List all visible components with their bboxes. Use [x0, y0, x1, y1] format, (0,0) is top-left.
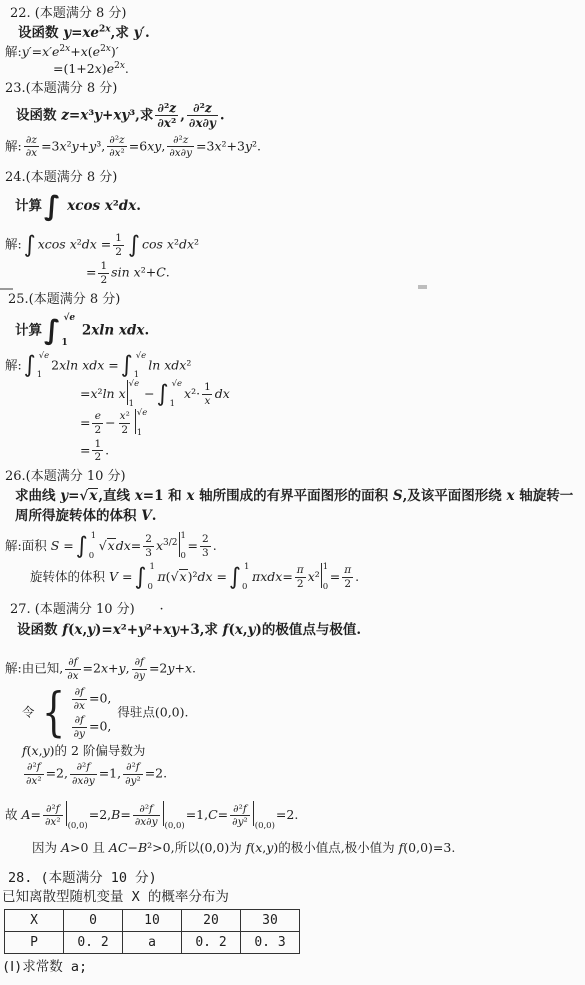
table-cell: 0. 2	[64, 931, 123, 953]
integral-sign: ∫	[24, 234, 36, 257]
solution-line: 解:∫√e12xln xdx =∫√e1ln xdx²	[5, 352, 585, 380]
denominator: ∂x∂y	[167, 146, 194, 160]
bar-limits: 10	[181, 532, 187, 561]
solution-line: =12.	[80, 438, 585, 464]
radicand: x	[179, 569, 188, 583]
table-cell: a	[123, 931, 182, 953]
problem-statement: 求曲线 y=√x,直线 x=1 和 x 轴所围成的有界平面图形的面积 S,及该平…	[15, 487, 585, 506]
solution-line: 解:∫xcos x²dx =12∫cos x²dx²	[5, 232, 585, 258]
integral-limits: 10	[242, 563, 250, 591]
fraction: 12	[113, 232, 124, 258]
solution-line: 令{∂f∂x=0,∂f∂y=0, 得驻点(0,0).	[22, 686, 585, 740]
denominator: 3	[200, 546, 211, 560]
fraction: x²2	[118, 410, 132, 436]
numerator: π	[342, 564, 353, 577]
solution-line: 故 A=∂²f∂x²(0,0)=2,B=∂²f∂x∂y(0,0)=1,C=∂²f…	[5, 801, 585, 830]
integral-sign: ∫10	[134, 563, 155, 591]
upper-limit: √e	[129, 380, 139, 389]
integral-glyph: ∫	[157, 383, 169, 406]
problem-statement: 设函数 z=x³y+xy³,求∂²z∂x²,∂²z∂x∂y.	[16, 101, 585, 131]
upper-limit: 1	[147, 563, 155, 572]
denominator: ∂y²	[230, 815, 250, 829]
solution-line: 旋转体的体积 V =∫10π(√x)²dx =∫10πxdx=π2x²10=π2…	[30, 563, 585, 592]
problem-statement: 设函数 f(x,y)=x²+y²+xy+3,求 f(x,y)的极值点与极值.	[17, 621, 585, 640]
denominator: 2	[113, 245, 124, 259]
denominator: 3	[143, 546, 154, 560]
integral-sign: ∫10	[229, 563, 250, 591]
denominator: ∂x²	[24, 774, 44, 788]
denominator: ∂x	[65, 669, 80, 683]
equation-system: {∂f∂x=0,∂f∂y=0,	[37, 686, 112, 740]
denominator: 2	[342, 577, 353, 591]
superscript: 2x	[114, 61, 125, 71]
bar-limits: √e1	[129, 380, 139, 409]
denominator: ∂x²	[43, 815, 63, 829]
fraction: ∂f∂x	[72, 686, 87, 712]
problem-25: 25.(本题满分 8 分)计算∫√e1 2xln xdx.解:∫√e12xln …	[0, 292, 585, 463]
problem-heading: 26.(本题满分 10 分)	[5, 469, 585, 485]
integral-limits: √e1	[37, 352, 49, 380]
evaluation-bar: √e1	[135, 409, 147, 438]
denominator: 2	[92, 423, 103, 437]
problem-heading: 23.(本题满分 8 分)	[5, 81, 585, 97]
integral-sign: ∫√e1	[44, 314, 75, 348]
lower-limit: 1	[37, 371, 49, 380]
numerator: 1	[98, 260, 109, 273]
table-cell: 0. 3	[241, 931, 300, 953]
integral-sign: ∫	[128, 234, 140, 257]
fraction: 12	[98, 260, 109, 286]
integral-glyph: ∫	[134, 566, 146, 589]
evaluation-bar: √e1	[127, 380, 139, 409]
numerator: ∂f	[66, 656, 79, 669]
numerator: ∂f	[73, 686, 86, 699]
numerator: 2	[200, 533, 211, 546]
fraction: 23	[200, 533, 211, 559]
denominator: ∂y	[72, 727, 87, 741]
upper-limit: √e	[170, 380, 182, 389]
problem-22: 22. (本题满分 8 分)设函数 y=xe2x,求 y′.解:y′=x′e2x…	[0, 6, 585, 78]
numerator: e	[93, 410, 103, 423]
denominator: ∂x²	[155, 115, 178, 130]
system-row: ∂f∂y=0,	[70, 714, 112, 740]
numerator: ∂²z	[156, 101, 179, 115]
upper-limit: √e	[37, 352, 49, 361]
denominator: 2	[92, 450, 103, 464]
fraction: ∂²f∂x∂y	[70, 761, 97, 787]
denominator: 2	[98, 273, 109, 287]
integral-glyph: ∫	[121, 354, 133, 377]
question-part: (Ⅰ)求常数 a;	[2, 959, 585, 977]
fraction: ∂f∂x	[65, 656, 80, 682]
scan-artifact	[418, 285, 427, 289]
denominator: ∂x	[72, 699, 87, 713]
lower-limit: 0	[147, 583, 155, 592]
radicand: x	[107, 538, 116, 552]
problem-23: 23.(本题满分 8 分)设函数 z=x³y+xy³,求∂²z∂x²,∂²z∂x…	[0, 81, 585, 160]
evaluation-bar: 10	[321, 563, 329, 592]
solution-line: f(x,y)的 2 阶偏导数为	[22, 743, 585, 759]
superscript: 2x	[100, 44, 111, 54]
bar-limits: (0,0)	[68, 801, 88, 830]
integral-glyph: ∫	[128, 234, 140, 257]
solution-line: =e2−x²2√e1	[80, 409, 585, 438]
lower-limit: 0	[242, 583, 250, 592]
problem-heading: 24.(本题满分 8 分)	[5, 170, 585, 186]
fraction: ∂²z∂x²	[155, 101, 178, 131]
numerator: ∂²f	[75, 761, 93, 774]
table-row: P0. 2a0. 20. 3	[5, 931, 300, 953]
problem-heading: 27. (本题满分 10 分) ·	[10, 602, 585, 618]
fraction: ∂²f∂x²	[24, 761, 44, 787]
problem-statement: 计算∫ xcos x²dx.	[15, 193, 585, 220]
evaluation-bar: (0,0)	[163, 801, 185, 830]
fraction: ∂²z∂x²	[107, 134, 127, 160]
problem-24: 24.(本题满分 8 分)计算∫ xcos x²dx.解:∫xcos x²dx …	[0, 170, 585, 287]
numerator: ∂²f	[231, 803, 249, 816]
evaluation-bar: 10	[179, 532, 187, 561]
numerator: ∂f	[73, 714, 86, 727]
solution-line: ∂²f∂x²=2,∂²f∂x∂y=1,∂²f∂y²=2.	[22, 761, 585, 787]
fraction: ∂²z∂x∂y	[167, 134, 194, 160]
solution-line: 解:∂z∂x=3x²y+y³,∂²z∂x²=6xy,∂²z∂x∂y=3x²+3y…	[5, 134, 585, 160]
fraction: ∂²f∂x²	[43, 803, 63, 829]
numerator: ∂²f	[124, 761, 142, 774]
table-cell: 10	[123, 909, 182, 931]
upper-limit: √e	[61, 314, 75, 323]
system-rows: ∂f∂x=0,∂f∂y=0,	[70, 686, 112, 740]
solution-line: 解:面积 S =∫10√xdx=23x3/210=23.	[5, 532, 585, 561]
solution-line: =12sin x²+C.	[86, 260, 585, 286]
lower-limit: (0,0)	[165, 822, 185, 831]
solution-line: 解:由已知,∂f∂x=2x+y,∂f∂y=2y+x.	[5, 656, 585, 682]
table-cell: 30	[241, 909, 300, 931]
numerator: ∂²z	[191, 101, 214, 115]
denominator: ∂x²	[107, 146, 127, 160]
denominator: ∂x∂y	[70, 774, 97, 788]
numerator: 1	[113, 232, 124, 245]
table-cell: 0. 2	[182, 931, 241, 953]
denominator: ∂x	[24, 146, 39, 160]
numerator: 1	[202, 381, 213, 394]
lower-limit: 1	[61, 339, 75, 348]
lower-limit: 1	[170, 400, 182, 409]
fraction: π2	[295, 564, 306, 590]
numerator: ∂²f	[25, 761, 43, 774]
lower-limit: 0	[323, 583, 329, 592]
solution-line: =(1+2x)e2x.	[53, 61, 585, 77]
fraction: ∂f∂y	[72, 714, 87, 740]
probability-table: X0102030P0. 2a0. 20. 3	[4, 909, 300, 954]
problem-heading: 28. (本题满分 10 分)	[8, 870, 585, 887]
fraction: ∂²f∂y²	[123, 761, 143, 787]
upper-limit: √e	[134, 352, 146, 361]
problem-26: 26.(本题满分 10 分)求曲线 y=√x,直线 x=1 和 x 轴所围成的有…	[0, 469, 585, 592]
bar-line	[127, 380, 128, 405]
bar-limits: 10	[323, 563, 329, 592]
upper-limit: √e	[137, 409, 147, 418]
table-cell: 0	[64, 909, 123, 931]
bar-limits: (0,0)	[165, 801, 185, 830]
fraction: 1x	[202, 381, 213, 407]
fraction: 23	[143, 533, 154, 559]
problem-heading: 22. (本题满分 8 分)	[10, 6, 585, 22]
numerator: x²	[118, 410, 132, 423]
integral-sign: ∫√e1	[121, 352, 146, 380]
bar-line	[135, 409, 136, 434]
brace-glyph: {	[41, 693, 64, 735]
upper-limit: 1	[242, 563, 250, 572]
solution-line: =x²ln x√e1 −∫√e1x²·1xdx	[80, 380, 585, 409]
lower-limit: 1	[137, 429, 147, 438]
lower-limit: (0,0)	[255, 822, 275, 831]
integral-sign: ∫10	[76, 532, 97, 560]
lower-limit: 0	[89, 552, 97, 561]
bar-line	[253, 801, 254, 826]
fraction: 12	[92, 438, 103, 464]
integral-glyph: ∫	[24, 354, 36, 377]
problem-statement: 设函数 y=xe2x,求 y′.	[18, 24, 585, 43]
radicand: x	[88, 488, 98, 503]
upper-limit: 1	[181, 532, 187, 541]
fraction: ∂z∂x	[24, 134, 39, 160]
scan-artifact	[0, 288, 13, 290]
evaluation-bar: (0,0)	[253, 801, 275, 830]
integral-limits: √e1	[170, 380, 182, 408]
numerator: π	[295, 564, 306, 577]
bar-line	[179, 532, 180, 557]
integral-sign: ∫√e1	[24, 352, 49, 380]
numerator: ∂²z	[171, 134, 190, 147]
numerator: ∂²z	[107, 134, 126, 147]
fraction: ∂f∂y	[132, 656, 147, 682]
table-row: X0102030	[5, 909, 300, 931]
upper-limit: 1	[89, 532, 97, 541]
bar-line	[66, 801, 67, 826]
denominator: ∂x∂y	[187, 115, 218, 130]
superscript: 2x	[99, 25, 111, 35]
bar-limits: √e1	[137, 409, 147, 438]
problem-28: 28. (本题满分 10 分)已知离散型随机变量 X 的概率分布为X010203…	[0, 870, 585, 976]
numerator: ∂z	[24, 134, 39, 147]
numerator: ∂²f	[44, 803, 62, 816]
denominator: 2	[119, 423, 130, 437]
integral-limits: √e1	[61, 314, 75, 348]
lower-limit: 0	[181, 552, 187, 561]
integral-glyph: ∫	[44, 193, 60, 220]
scanned-exam-page: 22. (本题满分 8 分)设函数 y=xe2x,求 y′.解:y′=x′e2x…	[0, 0, 585, 985]
numerator: 2	[143, 533, 154, 546]
lower-limit: (0,0)	[68, 822, 88, 831]
bar-line	[163, 801, 164, 826]
bar-limits: (0,0)	[255, 801, 275, 830]
denominator: x	[202, 394, 212, 408]
table-cell: P	[5, 931, 64, 953]
fraction: e2	[92, 410, 103, 436]
solution-line: 解:y′=x′e2x+x(e2x)′	[5, 44, 585, 60]
problem-27: 27. (本题满分 10 分) ·设函数 f(x,y)=x²+y²+xy+3,求…	[0, 602, 585, 856]
fraction: ∂²f∂x∂y	[133, 803, 160, 829]
superscript: 3/2	[163, 538, 177, 548]
integral-limits: 10	[89, 532, 97, 560]
table-cell: X	[5, 909, 64, 931]
integral-sign: ∫√e1	[157, 380, 182, 408]
fraction: π2	[342, 564, 353, 590]
denominator: ∂y²	[123, 774, 143, 788]
problem-statement: 计算∫√e1 2xln xdx.	[15, 314, 585, 348]
numerator: 1	[92, 438, 103, 451]
integral-glyph: ∫	[76, 535, 88, 558]
problem-statement: 已知离散型随机变量 X 的概率分布为	[2, 889, 585, 907]
numerator: ∂²f	[137, 803, 155, 816]
system-row: ∂f∂x=0,	[70, 686, 112, 712]
fraction: ∂²f∂y²	[230, 803, 250, 829]
problem-heading: 25.(本题满分 8 分)	[8, 292, 585, 308]
exam-solutions: 22. (本题满分 8 分)设函数 y=xe2x,求 y′.解:y′=x′e2x…	[0, 6, 585, 976]
integral-limits: √e1	[134, 352, 146, 380]
integral-glyph: ∫	[44, 317, 60, 344]
integral-glyph: ∫	[24, 234, 36, 257]
superscript: 2x	[59, 44, 70, 54]
denominator: ∂x∂y	[133, 815, 160, 829]
integral-sign: ∫	[44, 193, 60, 220]
evaluation-bar: (0,0)	[66, 801, 88, 830]
problem-statement: 周所得旋转体的体积 V.	[15, 507, 585, 526]
solution-line: 因为 A>0 且 AC−B²>0,所以(0,0)为 f(x,y)的极小值点,极小…	[32, 840, 585, 856]
table-cell: 20	[182, 909, 241, 931]
bar-line	[321, 563, 322, 588]
denominator: 2	[295, 577, 306, 591]
numerator: ∂f	[133, 656, 146, 669]
upper-limit: 1	[323, 563, 329, 572]
integral-limits: 10	[147, 563, 155, 591]
integral-glyph: ∫	[229, 566, 241, 589]
fraction: ∂²z∂x∂y	[187, 101, 218, 131]
denominator: ∂y	[132, 669, 147, 683]
